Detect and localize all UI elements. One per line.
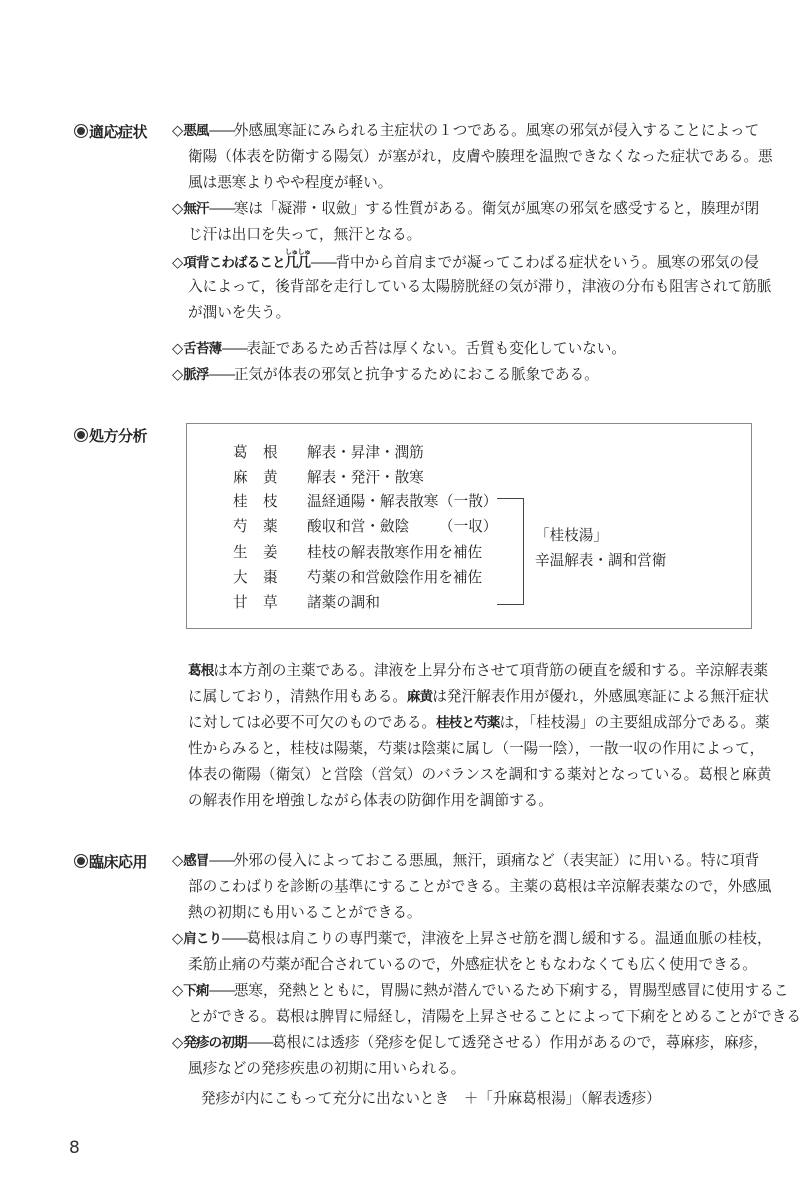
bold-term: 葛根 (188, 663, 213, 679)
text-line: 葛根は肩こりの専門薬で，津液を上昇させ筋を潤し緩和する。温通血脈の桂枝， (247, 930, 772, 947)
herb-char: 麻 (233, 466, 248, 487)
analysis-paragraph: 葛根は本方剤の主薬である。津液を上昇分布させて項背筋の硬直を緩和する。辛涼解表薬… (188, 658, 762, 814)
term: 無汗 (183, 201, 208, 217)
herb-action: 桂枝の解表散寒作用を補佐 (307, 541, 482, 562)
section-title-clinical: 臨床応用 (74, 851, 147, 872)
list-item-myakufu: ◇脈浮——正気が体表の邪気と抗争するためにおこる脈象である。 (172, 362, 760, 388)
herb-char: 根 (263, 441, 278, 462)
text-line: 外感風寒証にみられる主症状の１つである。風寒の邪気が侵入することによって (234, 122, 759, 139)
diamond-icon: ◇ (172, 254, 183, 271)
herb-char: 大 (233, 566, 248, 587)
text: に属しており，清熱作用もある。 (188, 688, 407, 705)
text-line: 背中から首肩までが凝ってこわばる症状をいう。風寒の邪気の侵 (335, 254, 758, 271)
term: 肩こり (183, 931, 221, 947)
text-line: 風は悪寒よりやや程度が軽い。 (172, 170, 760, 196)
list-item-katakori: ◇肩こり——葛根は肩こりの専門薬で，津液を上昇させ筋を潤し緩和する。温通血脈の桂… (172, 926, 760, 978)
herb-char: 桂 (233, 490, 248, 511)
list-item-kanbo: ◇感冒——外邪の侵入によっておこる悪風，無汗，頭痛など（表実証）に用いる。特に項… (172, 848, 760, 926)
dash: —— (209, 982, 234, 999)
diamond-icon: ◇ (172, 366, 183, 383)
text-line: が潤いを失う。 (172, 300, 760, 326)
herb-note: （一散） (439, 490, 497, 511)
text: は，「桂枝湯」の主要組成部分である。薬 (500, 714, 770, 731)
term: 脈浮 (183, 367, 208, 383)
bold-term: 麻黄 (407, 689, 432, 705)
diamond-icon: ◇ (172, 852, 183, 869)
list-item-zettai: ◇舌苔薄——表証であるため舌苔は厚くない。舌質も変化していない。 (172, 336, 760, 362)
dash: —— (209, 852, 234, 869)
text-line: とができる。葛根は脾胃に帰経し，清陽を上昇させることによって下痢をとめることがで… (172, 1004, 760, 1030)
formula-effect: 辛温解表・調和営衛 (535, 549, 666, 570)
list-item-mukan: ◇無汗——寒は「凝滞・収斂」する性質がある。衛気が風寒の邪気を感受すると，腠理が… (172, 196, 760, 248)
term: 感冒 (183, 853, 208, 869)
herb-char: 黄 (263, 466, 278, 487)
list-item-kohai: ◇項背こわばること几几しゅしゅ——背中から首肩までが凝ってこわばる症状をいう。風… (172, 248, 760, 326)
herb-char: 棗 (263, 566, 278, 587)
herb-char: 生 (233, 541, 248, 562)
herb-char: 芍 (233, 515, 248, 536)
text-line: 柔筋止痛の芍薬が配合されているので，外感症状をともなわなくても広く使用できる。 (172, 952, 760, 978)
diamond-icon: ◇ (172, 930, 183, 947)
section-title-text: 処方分析 (89, 427, 147, 445)
text: 体表の衛陽（衛気）と営陰（営気）のバランスを調和する薬対となっている。葛根と麻黄 (188, 766, 771, 783)
herb-action: 解表・昇津・潤筋 (307, 441, 424, 462)
herb-char: 薬 (263, 515, 278, 536)
herb-char: 草 (263, 591, 278, 612)
diamond-icon: ◇ (172, 1034, 183, 1051)
herb-char: 葛 (233, 441, 248, 462)
list-item-akufu: ◇悪風——外感風寒証にみられる主症状の１つである。風寒の邪気が侵入することによっ… (172, 118, 760, 196)
bold-term: 桂枝と芍薬 (436, 715, 500, 731)
herb-action: 芍薬の和営斂陰作用を補佐 (307, 566, 482, 587)
dash: —— (209, 122, 234, 139)
dash: —— (209, 200, 234, 217)
text-line: 表証であるため舌苔は厚くない。舌質も変化していない。 (247, 340, 626, 357)
ruby-text: しゅしゅ (285, 248, 310, 256)
list-item-hasshin: ◇発疹の初期——葛根には透疹（発疹を促して透発させる）作用があるので，蕁麻疹，麻… (172, 1030, 760, 1082)
text-line: じ汗は出口を失って，無汗となる。 (172, 222, 760, 248)
text-line: 入によって，後背部を走行している太陽膀胱経の気が滞り，津液の分布も阻害されて筋脈 (172, 274, 760, 300)
herb-action: 解表・発汗・散寒 (307, 466, 424, 487)
grouping-bracket (497, 498, 524, 605)
section-title-prescription: 処方分析 (74, 425, 147, 446)
text: の解表作用を増強しながら体表の防御作用を調節する。 (188, 792, 553, 809)
text-line: 外邪の侵入によっておこる悪風，無汗，頭痛など（表実証）に用いる。特に項背 (234, 852, 759, 869)
text-line: 正気が体表の邪気と抗争するためにおこる脈象である。 (234, 366, 599, 383)
herb-note: （一収） (439, 515, 497, 536)
dash: —— (310, 254, 335, 271)
formula-name: 「桂枝湯」 (535, 524, 608, 545)
section-title-text: 臨床応用 (89, 853, 147, 871)
text-line: 葛根には透疹（発疹を促して透発させる）作用があるので，蕁麻疹，麻疹， (272, 1034, 768, 1051)
text-line: 寒は「凝滞・収斂」する性質がある。衛気が風寒の邪気を感受すると，腠理が閉 (234, 200, 759, 217)
diamond-icon: ◇ (172, 340, 183, 357)
diamond-icon: ◇ (172, 122, 183, 139)
dash: —— (209, 366, 234, 383)
text: 性からみると，桂枝は陽薬，芍薬は陰薬に属し（一陽一陰），一散一収の作用によって， (188, 740, 764, 757)
dash: —— (247, 1034, 272, 1051)
text: は発汗解表作用が優れ，外感風寒証による無汗症状 (432, 688, 769, 705)
herb-action: 温経通陽・解表散寒 (307, 490, 438, 511)
term: 悪風 (183, 123, 208, 139)
prescription-table: 葛根解表・昇津・潤筋 麻黄解表・発汗・散寒 桂枝温経通陽・解表散寒（一散） 芍薬… (186, 423, 752, 629)
text-line: 悪寒，発熱とともに，胃腸に熱が潜んでいるため下痢する，胃腸型感冒に使用するこ (234, 982, 789, 999)
term: 項背こわばること (183, 255, 285, 271)
bullseye-icon (74, 428, 88, 442)
dash: —— (221, 340, 246, 357)
section-title-indications: 適応症状 (74, 121, 147, 142)
text-line: 部のこわばりを診断の基準にすることができる。主薬の葛根は辛涼解表薬なので，外感風 (172, 874, 760, 900)
herb-action: 酸収和営・斂陰 (307, 515, 409, 536)
herb-char: 甘 (233, 591, 248, 612)
text-line: 風疹などの発疹疾患の初期に用いられる。 (172, 1056, 760, 1082)
herb-char: 姜 (263, 541, 278, 562)
diamond-icon: ◇ (172, 982, 183, 999)
term: 下痢 (183, 983, 208, 999)
herb-action: 諸薬の調和 (307, 591, 380, 612)
diamond-icon: ◇ (172, 200, 183, 217)
page-number: 8 (69, 1138, 80, 1158)
combination-note: 発疹が内にこもって充分に出ないとき ＋「升麻葛根湯」（解表透疹） (201, 1087, 661, 1108)
dash: —— (221, 930, 246, 947)
term: 発疹の初期 (183, 1035, 247, 1051)
text-line: 衛陽（体表を防衛する陽気）が塞がれ，皮膚や腠理を温煦できなくなった症状である。悪 (172, 144, 760, 170)
text: は本方剤の主薬である。津液を上昇分布させて項背筋の硬直を緩和する。辛涼解表薬 (213, 662, 768, 679)
text: に対しては必要不可欠のものである。 (188, 714, 436, 731)
ruby-base: 几几 (285, 255, 310, 271)
term: 舌苔薄 (183, 341, 221, 357)
bullseye-icon (74, 854, 88, 868)
ruby-term: 几几しゅしゅ (285, 255, 310, 271)
section-title-text: 適応症状 (89, 123, 147, 141)
text-line: 熱の初期にも用いることができる。 (172, 900, 760, 926)
list-item-geri: ◇下痢——悪寒，発熱とともに，胃腸に熱が潜んでいるため下痢する，胃腸型感冒に使用… (172, 978, 760, 1030)
bullseye-icon (74, 124, 88, 138)
herb-char: 枝 (263, 490, 278, 511)
